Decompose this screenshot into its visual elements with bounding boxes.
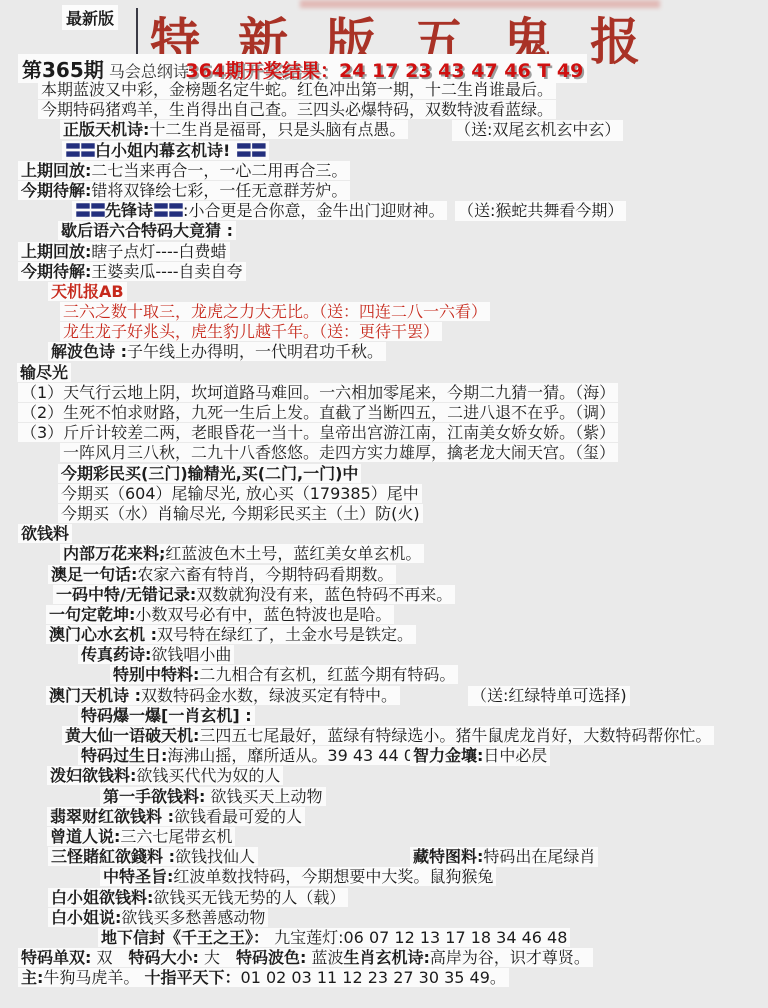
previous-draw-result: 364期开奖结果：24 17 23 43 47 46 T 49 <box>185 60 583 82</box>
text-span: 先锋诗 <box>105 201 153 220</box>
text-span: 双数特码金水数，绿波买定有特中。 <box>141 686 397 705</box>
text-line: 今期待解:错将双锋绘七彩，一任无意群芳炉。 <box>0 181 768 201</box>
text-line: 特码过生日:海沸山摇，靡所适从。39 43 44 01智力金壤:日中必昃 <box>0 746 768 766</box>
text-line: 曾道人说:三六七尾带玄机 <box>0 827 768 847</box>
text-span: 〓〓 <box>65 141 95 160</box>
text-line: 一阵风月三八秋，二九十八香悠悠。走四方实力雄厚，擒老龙大闹天宫。（玺） <box>0 443 768 463</box>
text-span: 上期回放: <box>21 242 91 261</box>
text-span: （送:红绿特单可选择) <box>471 686 627 705</box>
text-line: 三怪賭紅欲錢料 :欲钱找仙人藏特图料:特码出在尾绿肖 <box>0 847 768 867</box>
text-line: 龙生龙子好兆头，虎生豹儿越千年。（送：更待干罢） <box>0 322 768 342</box>
text-span: 中特圣旨: <box>103 867 173 886</box>
text-span: 澳足一句话: <box>51 565 137 584</box>
text-span: 特码过生日: <box>81 746 167 765</box>
text-span: 白小姐内幕玄机诗! <box>95 141 236 160</box>
text-span: 欲钱料 <box>21 524 69 543</box>
text-span: 今期买（水）肖输尽光, 今期彩民买主（土）防(火) <box>61 504 420 523</box>
text-line: 今期特码猪鸡羊，生肖得出自己查。三四头必爆特码，双数特波看蓝绿。 <box>0 100 768 120</box>
text-span: 错将双锋绘七彩，一任无意群芳炉。 <box>91 181 347 200</box>
text-line: 黄大仙一语破天机:三四五七尾最好，蓝绿有特绿选小。猪牛鼠虎龙肖好，大数特码帮你忙… <box>0 726 768 746</box>
text-span: 特码波色: <box>236 948 306 967</box>
text-span: 红波单数找特码，今期想要中大奖。鼠狗猴兔 <box>173 867 493 886</box>
text-line: 正版天机诗:十二生肖是福哥，只是头脑有点愚。（送:双尾玄机玄中玄） <box>0 120 768 140</box>
text-span: 欲钱唱小曲 <box>151 645 231 664</box>
issue-row: 第365期 马会总纲诗: 364期开奖结果：24 17 23 43 47 46 … <box>18 54 587 83</box>
text-span: 瞎子点灯----白费蜡 <box>91 242 226 261</box>
text-line: （2）生死不怕求财路，九死一生后上发。直截了当断四五，二进八退不在乎。（调） <box>0 403 768 423</box>
text-span: 今期买（604）尾输尽光, 放心买（179385）尾中 <box>61 484 419 503</box>
text-line: 欲钱料 <box>0 524 768 544</box>
text-line: 特码爆一爆[一肖玄机] : <box>0 706 768 726</box>
text-span: 三六七尾带玄机 <box>120 827 232 846</box>
text-line: 今期彩民买(三门)输精光,买(二门,一门)中 <box>0 464 768 484</box>
text-line: （3）斤斤计较差二两，老眼昏花一当十。皇帝出宫游江南，江南美女娇女娇。（紫） <box>0 423 768 443</box>
text-span: 〓〓 <box>75 201 105 220</box>
text-span: 三六之数十取三，龙虎之力大无比。（送：四连二八一六看） <box>63 302 487 321</box>
text-span: 二九相合有玄机，红蓝今期有特码。 <box>199 665 455 684</box>
text-line: 歇后语六合特码大竟猜 : <box>0 221 768 241</box>
text-span: 一码中特/无错记录: <box>56 585 196 604</box>
edition-badge: 最新版 <box>62 5 118 30</box>
text-span: 小数双号必有中，蓝色特波也是哈。 <box>135 605 391 624</box>
report-body: 本期蓝波又中彩，金榜题名定牛蛇。红色冲出第一期，十二生肖谁最后。今期特码猪鸡羊，… <box>0 80 768 988</box>
text-span: 〓〓 <box>236 141 266 160</box>
text-span: （送:双尾玄机玄中玄） <box>455 120 620 139</box>
text-span: 曾道人说: <box>50 827 120 846</box>
text-span: 大 <box>199 948 236 967</box>
text-span: 日中必昃 <box>483 746 547 765</box>
text-line: 地下信封《千王之王》： 九宝莲灯:06 07 12 13 17 18 34 46… <box>0 928 768 948</box>
text-line: 今期待解:王婆卖瓜----自卖自夸 <box>0 262 768 282</box>
text-span: 二七当来再合一，一心二用再合三。 <box>91 161 347 180</box>
text-span: 一句定乾坤: <box>49 605 135 624</box>
text-span: 蓝波 <box>306 948 343 967</box>
text-line: （1）天气行云地上阴，坎坷道路马难回。一六相加零尾来，今期二九猜一猜。（海） <box>0 383 768 403</box>
text-span: 龙生龙子好兆头，虎生豹儿越千年。（送：更待干罢） <box>63 322 439 341</box>
text-span: （1）天气行云地上阴，坎坷道路马难回。一六相加零尾来，今期二九猜一猜。（海） <box>21 383 615 402</box>
text-span: 欲钱看最可爱的人 <box>174 807 302 826</box>
text-line: 〓〓白小姐内幕玄机诗! 〓〓 <box>0 141 768 161</box>
text-span: 特码出在尾绿肖 <box>483 847 595 866</box>
text-line: 澳门心水玄机 :双号特在绿红了，土金水号是铁定。 <box>0 625 768 645</box>
text-span: 欲钱买天上动物 <box>205 787 322 806</box>
text-span: 泼妇欲钱料: <box>50 766 136 785</box>
text-span: 黄大仙一语破天机: <box>65 726 199 745</box>
text-line: 一码中特/无错记录:双数就狗没有来，蓝色特码不再来。 <box>0 585 768 605</box>
text-line: 解波色诗 :子午线上办得明，一代明君功千秋。 <box>0 342 768 362</box>
text-line: 特别中特料:二九相合有玄机，红蓝今期有特码。 <box>0 665 768 685</box>
text-line: 主:牛狗马虎羊。 十指平天下：01 02 03 11 12 23 27 30 3… <box>0 968 768 988</box>
right-aligned-note: （送:双尾玄机玄中玄） <box>452 120 623 140</box>
text-span: 高岸为谷，识才尊贤。 <box>430 948 590 967</box>
text-span: 生肖玄机诗: <box>344 948 430 967</box>
text-line: 白小姐说:欲钱买多愁善感动物 <box>0 908 768 928</box>
text-line: 一句定乾坤:小数双号必有中，蓝色特波也是哈。 <box>0 605 768 625</box>
text-span: 欲钱买无钱无势的人（载） <box>153 888 345 907</box>
text-span: 特码爆一爆[一肖玄机] : <box>81 706 252 725</box>
right-aligned-note: 智力金壤:日中必昃 <box>410 746 550 766</box>
text-span: 上期回放: <box>21 161 91 180</box>
text-span: :小合更是合你意，金牛出门迎财神。 <box>183 201 444 220</box>
text-line: 输尽光 <box>0 363 768 383</box>
text-span: 特码大小: <box>129 948 199 967</box>
text-span: 澳门心水玄机 : <box>49 625 157 644</box>
text-span: 内部万花来料; <box>63 544 165 563</box>
text-span: 01 02 03 11 12 23 27 30 35 49。 <box>241 968 506 987</box>
text-span: 第一手欲钱料: <box>103 787 205 806</box>
text-line: 中特圣旨:红波单数找特码，今期想要中大奖。鼠狗猴兔 <box>0 867 768 887</box>
text-span: 王婆卖瓜----自卖自夸 <box>91 262 242 281</box>
right-aligned-note: （送:红绿特单可选择) <box>468 686 630 706</box>
text-span: 地下信封《千王之王》： <box>101 928 269 947</box>
text-line: 白小姐欲钱料:欲钱买无钱无势的人（载） <box>0 888 768 908</box>
text-span: 子午线上办得明，一代明君功千秋。 <box>127 342 383 361</box>
text-span: 九宝莲灯:06 07 12 13 17 18 34 46 48 <box>269 928 567 947</box>
text-span: 今期特码猪鸡羊，生肖得出自己查。三四头必爆特码，双数特波看蓝绿。 <box>41 100 553 119</box>
five-ghost-report-page: 最新版 特新版五鬼报 第365期 马会总纲诗: 364期开奖结果：24 17 2… <box>0 0 768 1008</box>
text-span: 智力金壤: <box>413 746 483 765</box>
text-span: 天机报AB <box>51 282 124 301</box>
text-span: 藏特图料: <box>413 847 483 866</box>
text-span: 歇后语六合特码大竟猜 : <box>61 221 233 240</box>
text-span: 牛狗马虎羊。 <box>43 968 144 987</box>
text-span: 白小姐说: <box>51 908 121 927</box>
text-span: 十二生肖是福哥，只是头脑有点愚。 <box>149 120 405 139</box>
text-span: 输尽光 <box>20 363 68 382</box>
text-span: （3）斤斤计较差二两，老眼昏花一当十。皇帝出宫游江南，江南美女娇女娇。（紫） <box>21 423 615 442</box>
text-line: 天机报AB <box>0 282 768 302</box>
text-span: 红蓝波色木土号，蓝红美女单玄机。 <box>165 544 421 563</box>
text-line: 泼妇欲钱料:欲钱买代代为奴的人 <box>0 766 768 786</box>
text-span: 海沸山摇，靡所适从。39 43 44 01 <box>167 746 424 765</box>
title-divider <box>136 8 138 56</box>
right-aligned-note: 藏特图料:特码出在尾绿肖 <box>410 847 598 867</box>
text-line: 〓〓先锋诗〓〓:小合更是合你意，金牛出门迎财神。（送:猴蛇共舞看今期） <box>0 201 768 221</box>
text-line: 澳足一句话:农家六畜有特肖，今期特码看期数。 <box>0 565 768 585</box>
text-line: 本期蓝波又中彩，金榜题名定牛蛇。红色冲出第一期，十二生肖谁最后。 <box>0 80 768 100</box>
text-line: 三六之数十取三，龙虎之力大无比。（送：四连二八一六看） <box>0 302 768 322</box>
text-span: 传真药诗: <box>81 645 151 664</box>
text-span: 欲钱买代代为奴的人 <box>136 766 280 785</box>
text-span: 今期待解: <box>21 181 91 200</box>
text-span: 〓〓 <box>153 201 183 220</box>
text-span: 双数就狗没有来，蓝色特码不再来。 <box>196 585 452 604</box>
text-line: 澳门天机诗 :双数特码金水数，绿波买定有特中。（送:红绿特单可选择) <box>0 686 768 706</box>
intro-label: 马会总纲诗: <box>109 62 194 81</box>
text-line: 内部万花来料;红蓝波色木土号，蓝红美女单玄机。 <box>0 544 768 564</box>
text-span: 翡翠财红欲钱料 : <box>50 807 174 826</box>
text-span: 双号特在绿红了，土金水号是铁定。 <box>157 625 413 644</box>
text-span: 十指平天下： <box>145 968 241 987</box>
text-span: 本期蓝波又中彩，金榜题名定牛蛇。红色冲出第一期，十二生肖谁最后。 <box>41 80 553 99</box>
text-span: 农家六畜有特肖，今期特码看期数。 <box>137 565 393 584</box>
text-span: 一阵风月三八秋，二九十八香悠悠。走四方实力雄厚，擒老龙大闹天宫。（玺） <box>63 443 615 462</box>
text-span: 今期彩民买(三门)输精光,买(二门,一门)中 <box>61 464 358 483</box>
text-span: 今期待解: <box>21 262 91 281</box>
text-line: 传真药诗:欲钱唱小曲 <box>0 645 768 665</box>
text-line: 特码单双: 双 特码大小: 大 特码波色: 蓝波生肖玄机诗:高岸为谷，识才尊贤。 <box>0 948 768 968</box>
text-line: 第一手欲钱料: 欲钱买天上动物 <box>0 787 768 807</box>
text-span: （2）生死不怕求财路，九死一生后上发。直截了当断四五，二进八退不在乎。（调） <box>21 403 615 422</box>
text-span: 特码单双: <box>21 948 91 967</box>
text-span: 白小姐欲钱料: <box>51 888 153 907</box>
text-span: 双 <box>91 948 128 967</box>
text-line: 翡翠财红欲钱料 :欲钱看最可爱的人 <box>0 807 768 827</box>
text-line: 今期买（604）尾输尽光, 放心买（179385）尾中 <box>0 484 768 504</box>
text-span: 正版天机诗: <box>63 120 149 139</box>
issue-number: 第365期 <box>22 58 104 82</box>
text-span: 欲钱找仙人 <box>175 847 255 866</box>
text-line: 上期回放:二七当来再合一，一心二用再合三。 <box>0 161 768 181</box>
text-span: 三怪賭紅欲錢料 : <box>51 847 175 866</box>
text-span: 欲钱买多愁善感动物 <box>121 908 265 927</box>
text-span: 三四五七尾最好，蓝绿有特绿选小。猪牛鼠虎龙肖好，大数特码帮你忙。 <box>199 726 711 745</box>
text-span: 解波色诗 : <box>51 342 127 361</box>
text-span: 特别中特料: <box>113 665 199 684</box>
text-span: （送:猴蛇共舞看今期） <box>458 201 623 220</box>
text-line: 今期买（水）肖输尽光, 今期彩民买主（土）防(火) <box>0 504 768 524</box>
text-span: 澳门天机诗 : <box>49 686 141 705</box>
text-span: 主: <box>21 968 43 987</box>
text-line: 上期回放:瞎子点灯----白费蜡 <box>0 242 768 262</box>
right-aligned-note: （送:猴蛇共舞看今期） <box>455 201 626 221</box>
